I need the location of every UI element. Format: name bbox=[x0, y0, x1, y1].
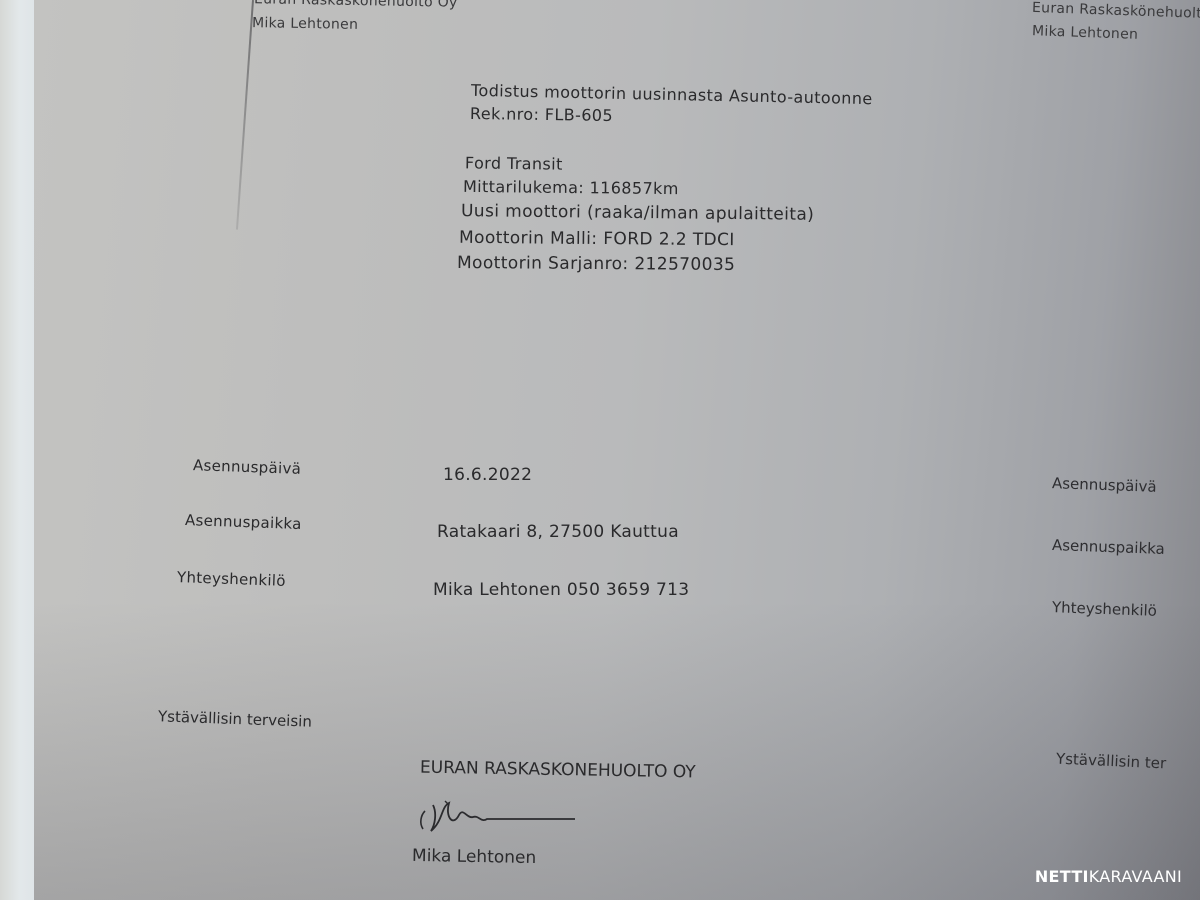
install-date-label: Asennuspäivä bbox=[193, 456, 302, 478]
watermark-bold: NETTI bbox=[1035, 867, 1089, 886]
registration-number: Rek.nro: FLB-605 bbox=[470, 104, 613, 125]
nettikaravaani-watermark: NETTIKARAVAANI bbox=[1035, 867, 1182, 886]
back-contact-person-label: Yhteyshenkilö bbox=[1052, 598, 1157, 620]
engine-note: Uusi moottori (raaka/ilman apulaitteita) bbox=[461, 201, 814, 225]
signer-name: Mika Lehtonen bbox=[412, 846, 537, 868]
contact-person-label: Yhteyshenkilö bbox=[177, 568, 286, 590]
watermark-light: KARAVAANI bbox=[1089, 867, 1182, 886]
install-date-value: 16.6.2022 bbox=[443, 465, 532, 485]
vehicle-model: Ford Transit bbox=[465, 153, 563, 173]
install-place-value: Ratakaari 8, 27500 Kauttua bbox=[437, 522, 679, 542]
back-install-date-label: Asennuspäivä bbox=[1052, 474, 1157, 496]
letterhead-person: Mika Lehtonen bbox=[252, 15, 358, 33]
contact-person-value: Mika Lehtonen 050 3659 713 bbox=[433, 580, 689, 600]
paper-shadow bbox=[34, 600, 1200, 900]
engine-serial: Moottorin Sarjanro: 212570035 bbox=[457, 253, 735, 275]
signature bbox=[415, 793, 585, 838]
paper-fold-line bbox=[236, 0, 254, 230]
engine-model: Moottorin Malli: FORD 2.2 TDCI bbox=[459, 228, 735, 250]
odometer-reading: Mittarilukema: 116857km bbox=[463, 177, 679, 198]
